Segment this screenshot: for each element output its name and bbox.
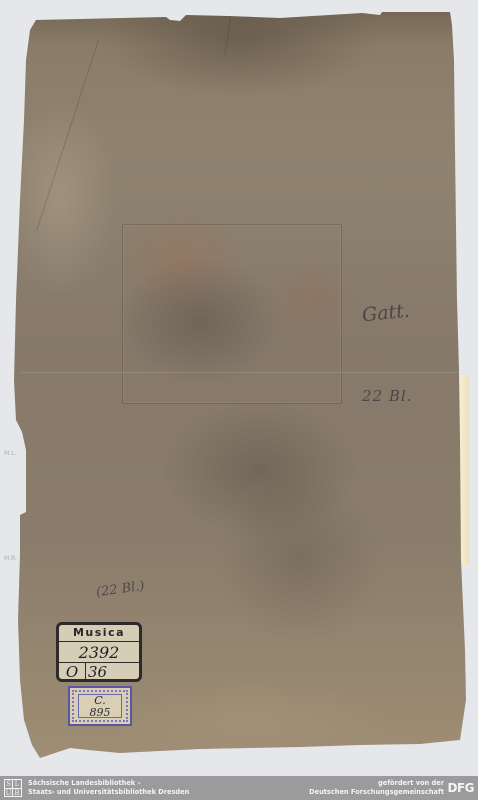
scan-viewer: Gatt. 22 Bl. (22 Bl.) Musica 2392 O 36 C… [0, 0, 478, 776]
manuscript-cover: Gatt. 22 Bl. (22 Bl.) Musica 2392 O 36 C… [0, 0, 478, 776]
shelfmark-right-cell: 36 [86, 663, 139, 681]
pencil-note-gatt: Gatt. [361, 300, 411, 327]
shelfmark-title: Musica [59, 625, 139, 642]
old-label-line2: 895 [79, 707, 121, 719]
pencil-note-leaf-count-bracketed: (22 Bl.) [95, 579, 145, 601]
pencil-note-leaf-count: 22 Bl. [362, 387, 412, 405]
old-shelf-label-text: C. 895 [78, 694, 122, 718]
slub-logo-icon[interactable]: S L U B [4, 779, 22, 797]
shelfmark-subrow: O 36 [59, 663, 139, 681]
logo-cell: B [13, 789, 21, 797]
slub-name-line2: Staats- und Universitätsbibliothek Dresd… [28, 788, 189, 797]
dfg-logo-icon[interactable]: DFG [447, 781, 474, 795]
dfg-funding-line2: Deutschen Forschungsgemeinschaft [309, 788, 444, 797]
margin-mark: M.L. [4, 450, 16, 457]
slub-name-line1: Sächsische Landesbibliothek – [28, 779, 189, 788]
shelfmark-label: Musica 2392 O 36 [56, 622, 142, 682]
fold-line [20, 372, 460, 373]
footer-bar: S L U B Sächsische Landesbibliothek – St… [0, 776, 478, 800]
dfg-funding-link[interactable]: gefördert von der Deutschen Forschungsge… [309, 779, 444, 797]
shelfmark-number: 2392 [59, 642, 139, 663]
slub-institution-link[interactable]: Sächsische Landesbibliothek – Staats- un… [28, 779, 189, 797]
crease [36, 40, 99, 231]
logo-cell: S [5, 780, 13, 789]
margin-mark: M.R. [4, 555, 17, 562]
dfg-funding-line1: gefördert von der [309, 779, 444, 788]
logo-cell: L [13, 780, 21, 789]
plate-mark [122, 224, 342, 404]
logo-cell: U [5, 789, 13, 797]
shelfmark-left-cell: O [59, 663, 86, 681]
crease [224, 16, 231, 56]
old-shelf-label: C. 895 [68, 686, 132, 726]
